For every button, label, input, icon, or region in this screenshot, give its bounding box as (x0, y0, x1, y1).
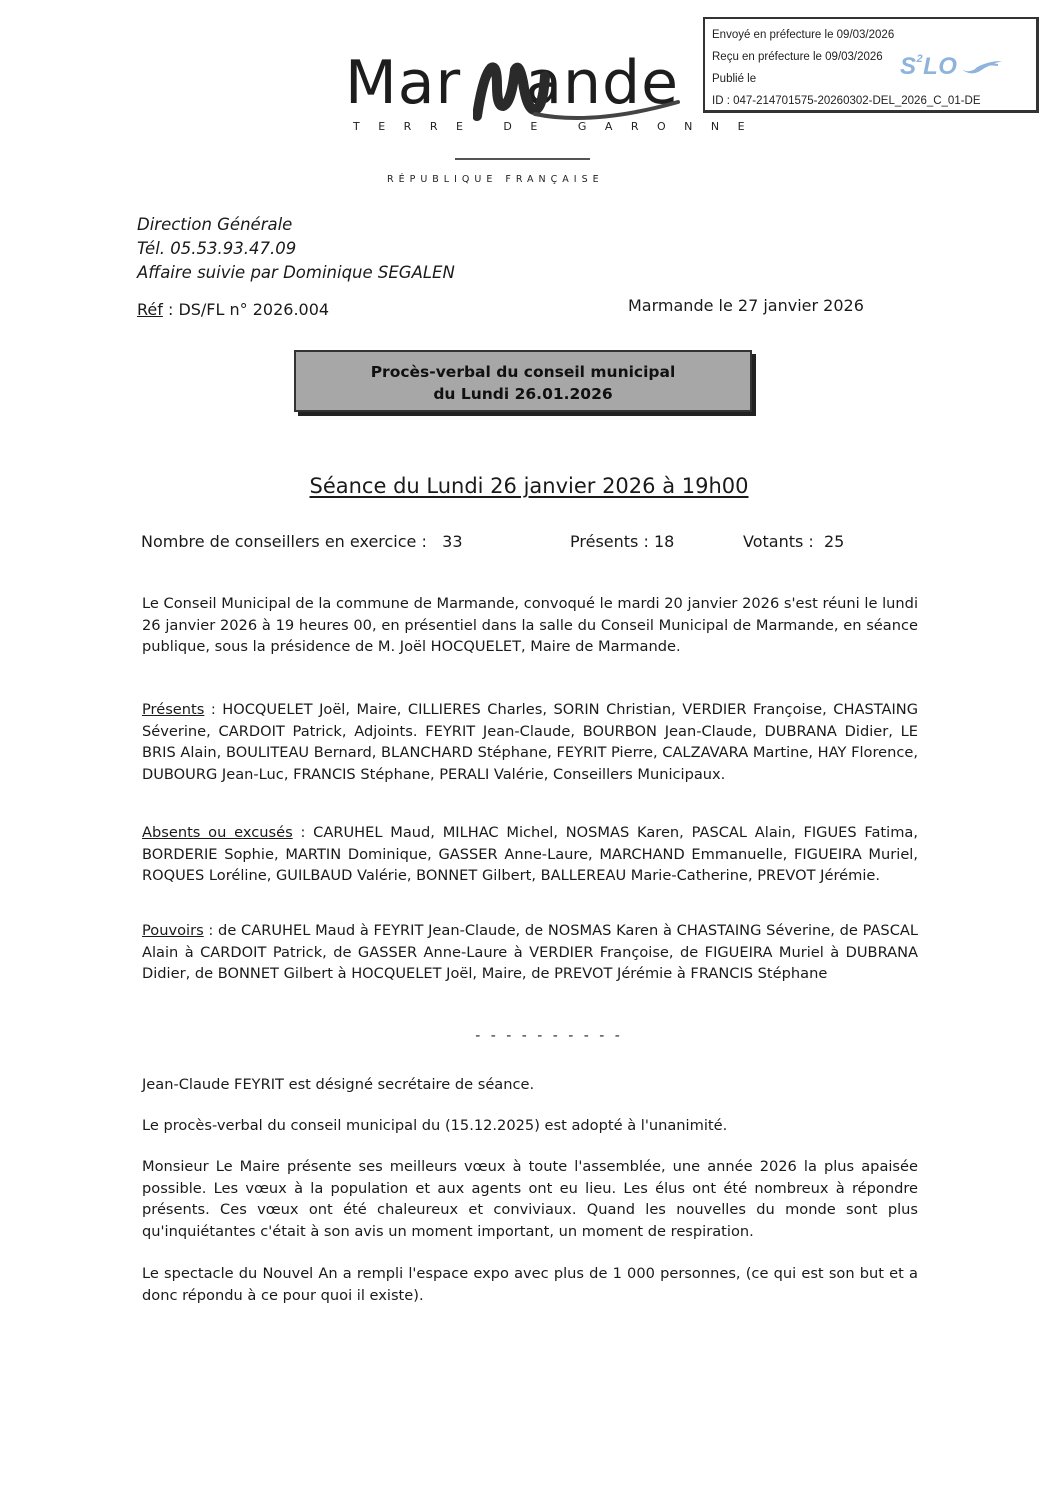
sender-handled-by: Affaire suivie par Dominique SEGALEN (137, 261, 455, 285)
title-line-2: du Lundi 26.01.2026 (296, 383, 750, 405)
title-box: Procès-verbal du conseil municipal du Lu… (294, 350, 752, 412)
reference-label: Réf (137, 300, 163, 319)
count-conseillers: Nombre de conseillers en exercice : 33 (141, 532, 463, 551)
logo-wordmark: Marande (345, 48, 705, 118)
count-presents-label: Présents : (570, 532, 649, 551)
stamp-id: ID : 047-214701575-20260302-DEL_2026_C_0… (712, 90, 1036, 112)
count-votants-value: 25 (824, 532, 844, 551)
count-conseillers-label: Nombre de conseillers en exercice : (141, 532, 427, 551)
document-page: Envoyé en préfecture le 09/03/2026 Reçu … (0, 0, 1058, 1497)
s2lo-logo-icon: S2LO (900, 53, 957, 81)
prefecture-stamp: Envoyé en préfecture le 09/03/2026 Reçu … (703, 17, 1039, 113)
spectacle-paragraph: Le spectacle du Nouvel An a rempli l'esp… (142, 1263, 918, 1306)
stamp-sent-date: Envoyé en préfecture le 09/03/2026 (712, 24, 1036, 46)
voeux-paragraph: Monsieur Le Maire présente ses meilleurs… (142, 1156, 918, 1242)
pouvoirs-list: : de CARUHEL Maud à FEYRIT Jean-Claude, … (142, 922, 918, 982)
section-separator: - - - - - - - - - - (0, 1028, 1058, 1044)
presents-list: : HOCQUELET Joël, Maire, CILLIERES Charl… (142, 701, 918, 783)
secretaire-paragraph: Jean-Claude FEYRIT est désigné secrétair… (142, 1074, 918, 1096)
count-votants: Votants : 25 (743, 532, 844, 551)
sender-block: Direction Générale Tél. 05.53.93.47.09 A… (137, 213, 455, 285)
logo-text-start: Mar (345, 48, 461, 118)
count-presents-value: 18 (654, 532, 674, 551)
sender-department: Direction Générale (137, 213, 455, 237)
sender-phone: Tél. 05.53.93.47.09 (137, 237, 455, 261)
pv-adoption-paragraph: Le procès-verbal du conseil municipal du… (142, 1115, 918, 1137)
intro-paragraph: Le Conseil Municipal de la commune de Ma… (142, 593, 918, 658)
s2lo-letters-lo: LO (923, 53, 957, 80)
s2lo-letter-s: S (900, 53, 917, 80)
count-votants-label: Votants : (743, 532, 814, 551)
logo-divider (455, 158, 590, 160)
count-presents: Présents : 18 (570, 532, 674, 551)
seance-title: Séance du Lundi 26 janvier 2026 à 19h00 (310, 474, 749, 498)
presents-paragraph: Présents : HOCQUELET Joël, Maire, CILLIE… (142, 699, 918, 785)
s2lo-wing-icon (958, 59, 1004, 75)
count-conseillers-value: 33 (442, 532, 462, 551)
reference-value: : DS/FL n° 2026.004 (163, 300, 329, 319)
presents-label: Présents (142, 701, 204, 718)
pouvoirs-paragraph: Pouvoirs : de CARUHEL Maud à FEYRIT Jean… (142, 920, 918, 985)
seance-heading: Séance du Lundi 26 janvier 2026 à 19h00 (0, 474, 1058, 498)
republique-francaise: RÉPUBLIQUE FRANÇAISE (387, 174, 604, 185)
marmande-logo: Marande TERRE DE GARONNE (345, 48, 705, 133)
pouvoirs-label: Pouvoirs (142, 922, 204, 939)
logo-swoosh-icon (473, 56, 683, 126)
title-line-1: Procès-verbal du conseil municipal (296, 361, 750, 383)
absents-label: Absents ou excusés (142, 824, 293, 841)
absents-paragraph: Absents ou excusés : CARUHEL Maud, MILHA… (142, 822, 918, 887)
document-date: Marmande le 27 janvier 2026 (628, 296, 864, 315)
reference: Réf : DS/FL n° 2026.004 (137, 300, 329, 319)
